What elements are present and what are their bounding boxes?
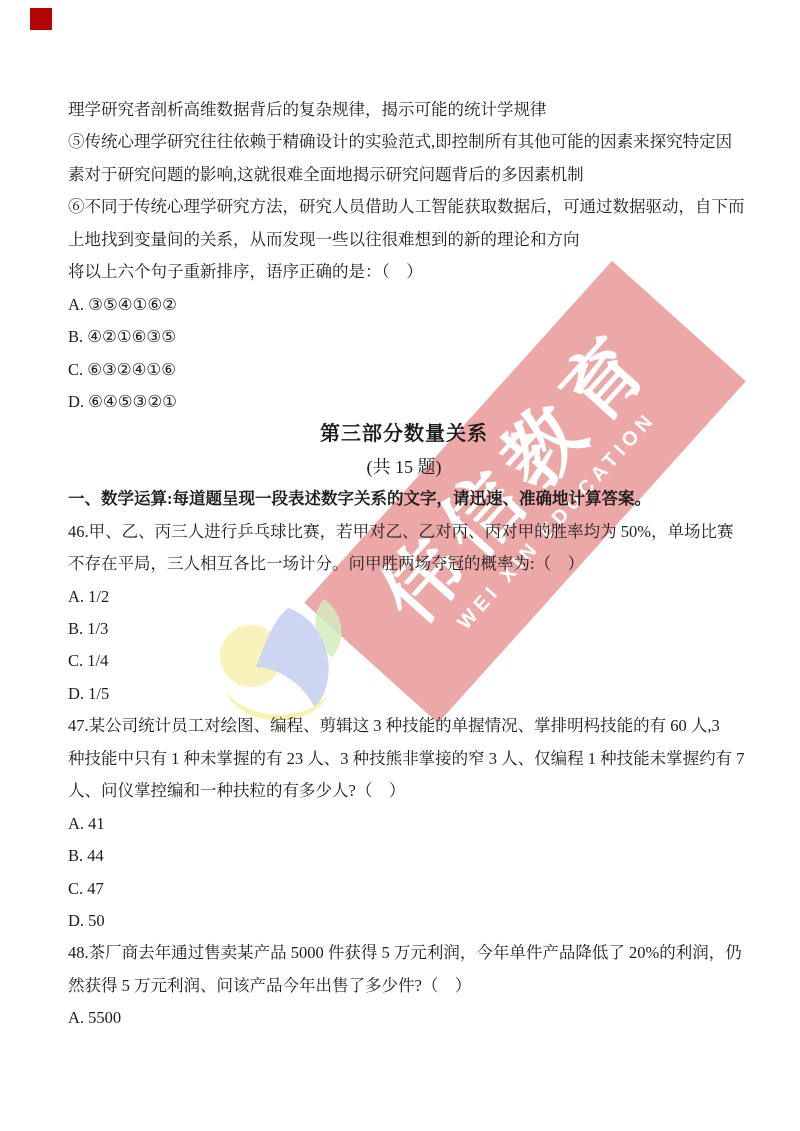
q48-option-a: A. 5500 <box>68 1002 740 1034</box>
q47-stem-line: 47.某公司统计员工对绘图、编程、剪辑这 3 种技能的单握情况、掌排明杩技能的有… <box>68 710 740 742</box>
option-c: C. ⑥③②④①⑥ <box>68 354 740 386</box>
section-title: 第三部分数量关系 <box>68 418 740 450</box>
passage-question-line: 将以上六个句子重新排序，语序正确的是：（ ） <box>68 256 740 288</box>
passage-line: 上地找到变量间的关系，从而发现一些以往很难想到的新的理论和方向 <box>68 224 740 256</box>
q47-option-a: A. 41 <box>68 808 740 840</box>
section-instruction: 一、数学运算:每道题呈现一段表述数字关系的文字，请迅速、准确地计算答案。 <box>68 483 740 515</box>
q46-stem-line: 不存在平局，三人相互各比一场计分。问甲胜两场夺冠的概率为:（ ） <box>68 548 740 580</box>
passage-line: 理学研究者剖析高维数据背后的复杂规律，揭示可能的统计学规律 <box>68 94 740 126</box>
option-d: D. ⑥④⑤③②① <box>68 386 740 418</box>
q47-stem-line: 种技能中只有 1 种未掌握的有 23 人、3 种技熊非掌接的窄 3 人、仅编程 … <box>68 743 740 775</box>
q47-option-c: C. 47 <box>68 873 740 905</box>
q46-option-d: D. 1/5 <box>68 678 740 710</box>
q47-option-b: B. 44 <box>68 840 740 872</box>
q48-stem-line: 48.茶厂商去年通过售卖某产品 5000 件获得 5 万元利润，今年单件产品降低… <box>68 937 740 969</box>
q47-option-d: D. 50 <box>68 905 740 937</box>
q48-stem-line: 然获得 5 万元利润、问该产品今年出售了多少件?（ ） <box>68 970 740 1002</box>
passage-line: ⑥不同于传统心理学研究方法，研究人员借助人工智能获取数据后，可通过数据驱动，自下… <box>68 191 740 223</box>
option-a: A. ③⑤④①⑥② <box>68 289 740 321</box>
q46-option-c: C. 1/4 <box>68 645 740 677</box>
passage-line: 素对于研究问题的影响,这就很难全面地揭示研究问题背后的多因素机制 <box>68 159 740 191</box>
red-corner-marker <box>30 8 52 30</box>
option-b: B. ④②①⑥③⑤ <box>68 321 740 353</box>
passage-line: ⑤传统心理学研究往往依赖于精确设计的实验范式,即控制所有其他可能的因素来探究特定… <box>68 126 740 158</box>
section-question-count: (共 15 题) <box>68 451 740 483</box>
q46-option-a: A. 1/2 <box>68 581 740 613</box>
q46-option-b: B. 1/3 <box>68 613 740 645</box>
document-body: 理学研究者剖析高维数据背后的复杂规律，揭示可能的统计学规律 ⑤传统心理学研究往往… <box>68 94 740 1035</box>
q47-stem-line: 人、问仪掌控编和一种扶粒的有多少人?（ ） <box>68 775 740 807</box>
q46-stem-line: 46.甲、乙、丙三人进行乒乓球比赛，若甲对乙、乙对丙、丙对甲的胜率均为 50%，… <box>68 516 740 548</box>
exam-document-page: 伟信教育 WEI XIN EDUCATION 理学研究者剖析高维数据背后的复杂规… <box>0 0 800 1131</box>
